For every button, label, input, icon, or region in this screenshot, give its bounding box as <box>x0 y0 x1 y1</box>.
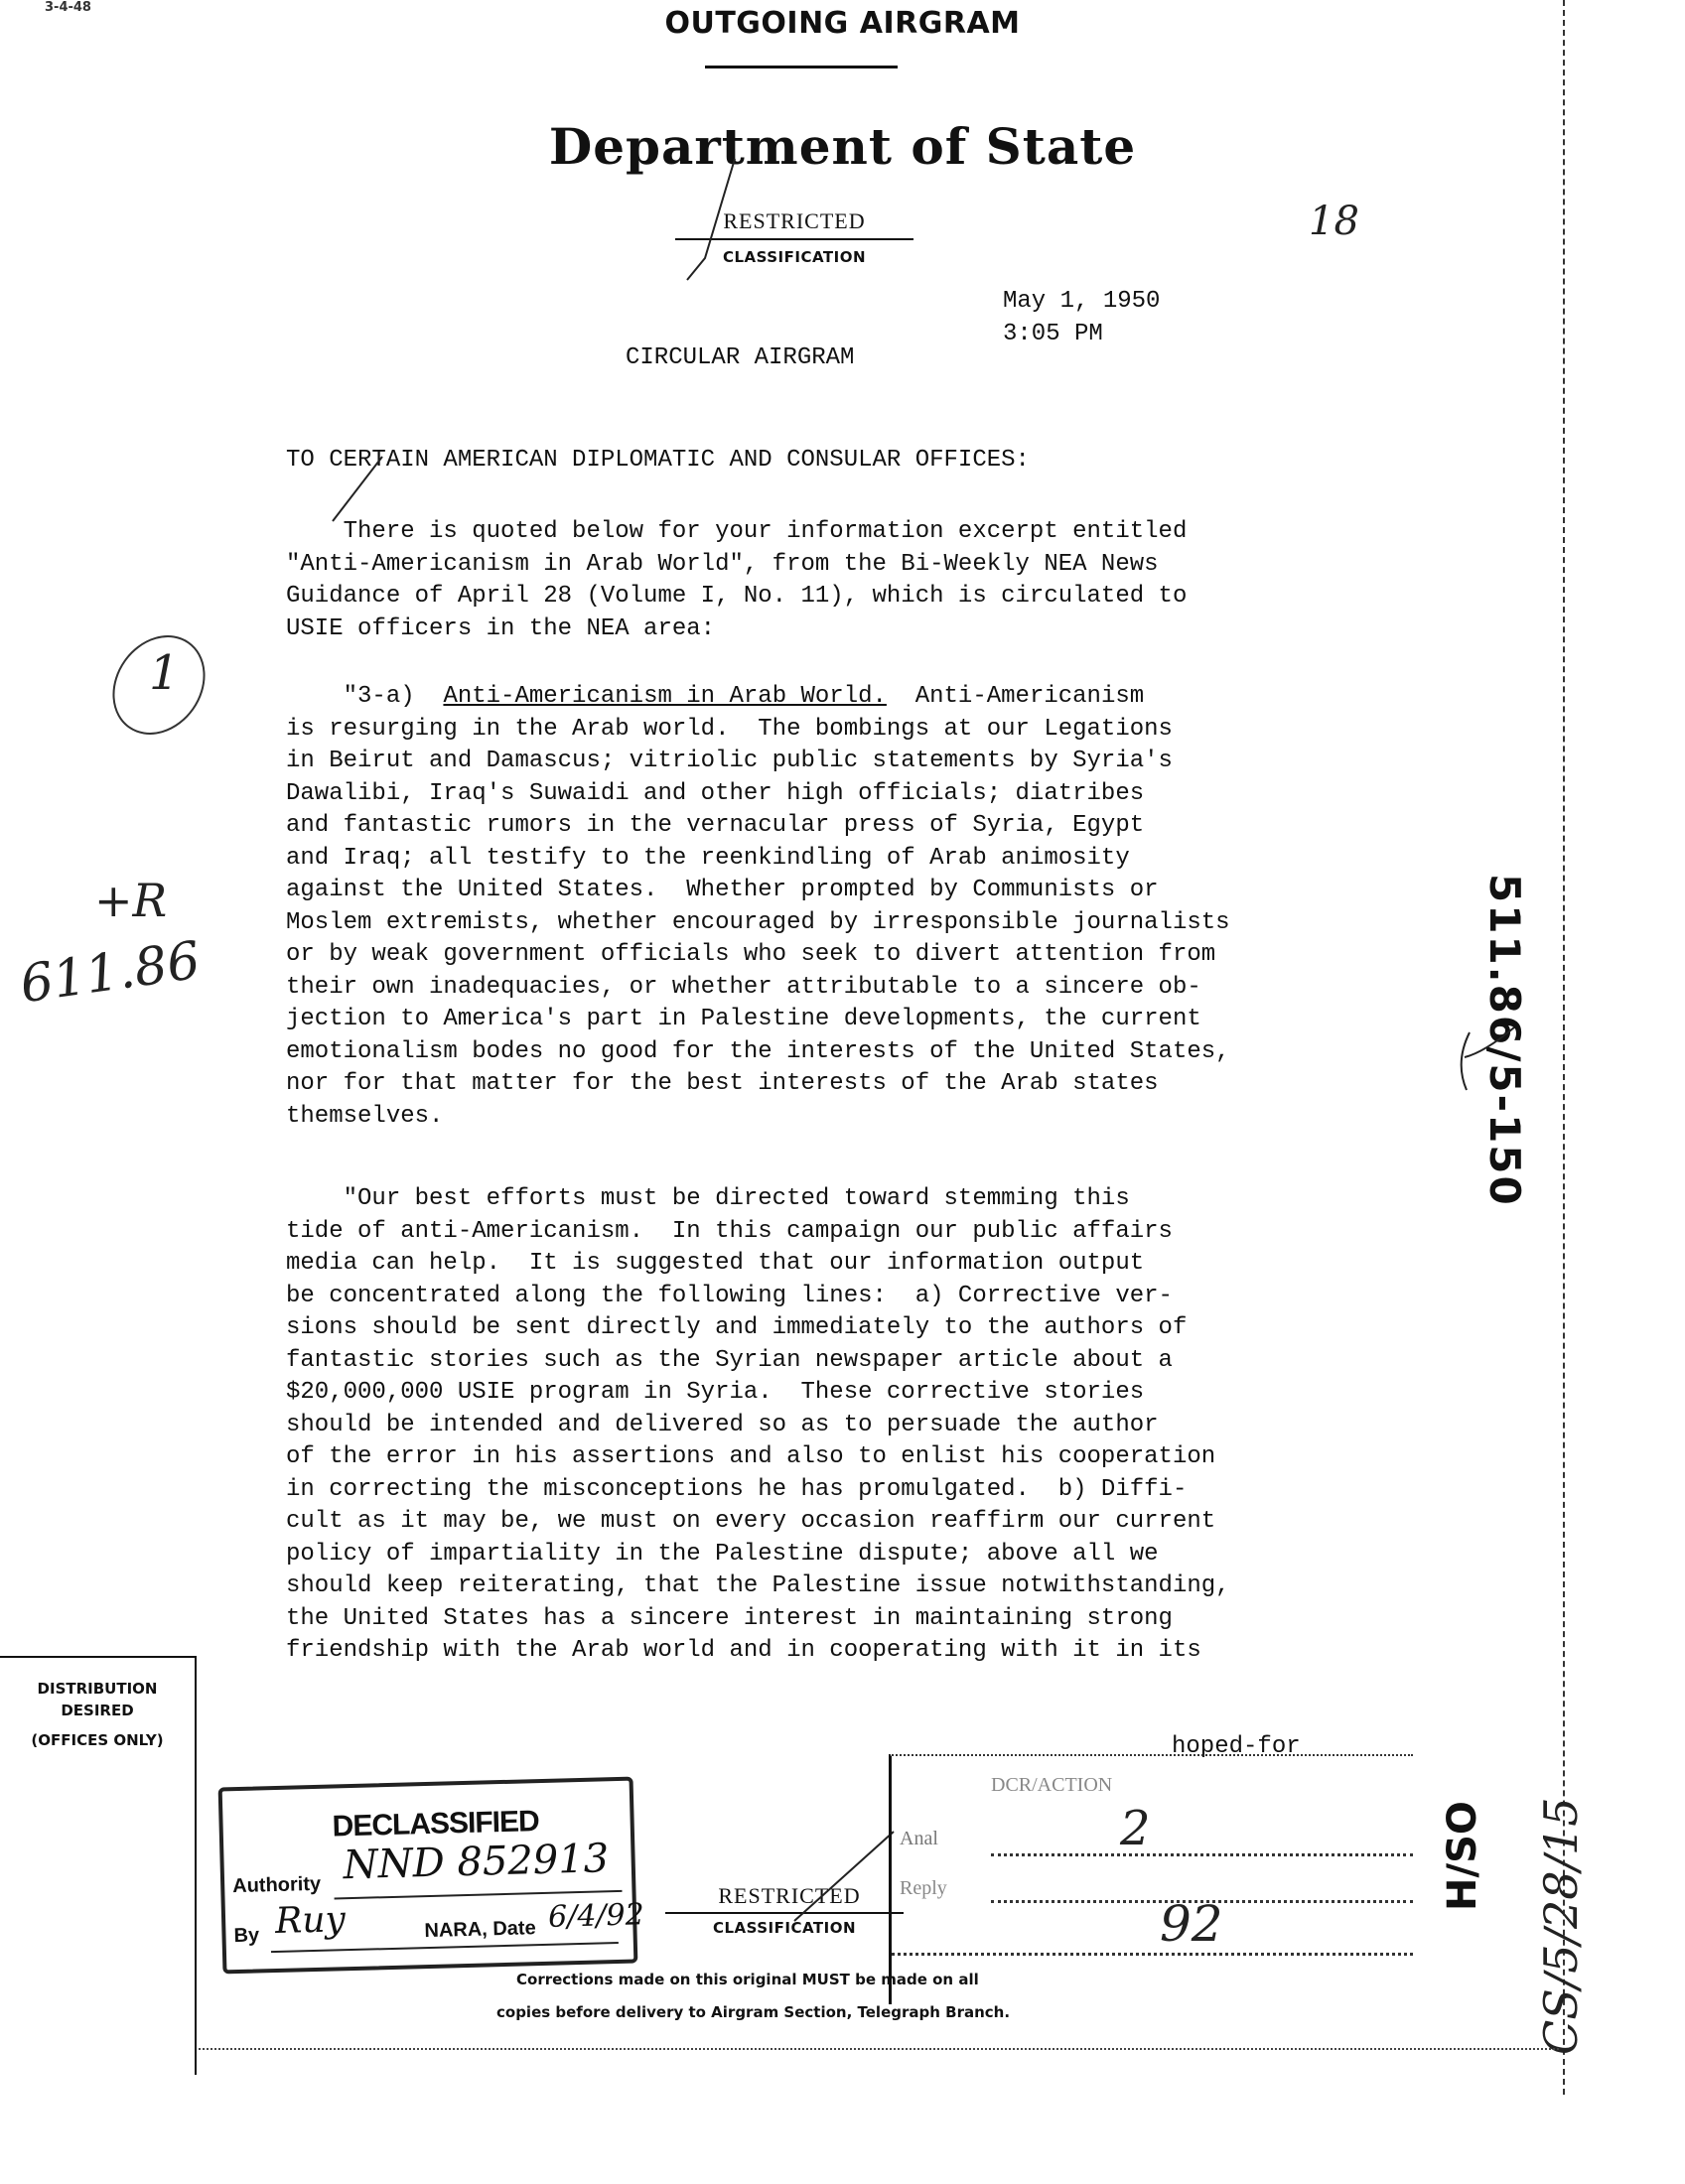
airgram-date: May 1, 1950 <box>1003 286 1160 319</box>
quote-line: tide of anti-Americanism. In this campai… <box>286 1216 1230 1249</box>
quote-line: and fantastic rumors in the vernacular p… <box>286 810 1230 843</box>
quote-line: $20,000,000 USIE program in Syria. These… <box>286 1377 1230 1410</box>
quote-line: friendship with the Arab world and in co… <box>286 1635 1230 1668</box>
distribution-label: DISTRIBUTION <box>0 1678 195 1700</box>
distribution-label: (OFFICES ONLY) <box>0 1729 195 1751</box>
document-title: OUTGOING AIRGRAM <box>0 6 1685 41</box>
intro-line: USIE officers in the NEA area: <box>286 614 1187 646</box>
routing-box: DCR/ACTION Anal 2 Reply 92 <box>889 1754 1413 2004</box>
quote-line: their own inadequacies, or whether attri… <box>286 972 1230 1005</box>
strike-mark-icon <box>774 1827 904 1926</box>
quote-line: in correcting the misconceptions he has … <box>286 1474 1230 1507</box>
circled-number: 1 <box>149 645 180 701</box>
intro-line: There is quoted below for your informati… <box>286 516 1187 549</box>
quote-line: fantastic stories such as the Syrian new… <box>286 1345 1230 1378</box>
stamp-authority-value: NND 852913 <box>343 1836 610 1888</box>
routing-dotted-line <box>892 1953 1413 1956</box>
routing-header: DCR/ACTION <box>991 1774 1112 1797</box>
declassified-stamp: DECLASSIFIED Authority NND 852913 By Ruy… <box>218 1777 638 1975</box>
quote-line: themselves. <box>286 1101 1230 1134</box>
corrections-notice-line1: Corrections made on this original MUST b… <box>516 1971 979 1988</box>
distribution-box: DISTRIBUTION DESIRED (OFFICES ONLY) <box>0 1656 197 2075</box>
intro-line: "Anti-Americanism in Arab World", from t… <box>286 549 1187 582</box>
intro-paragraph: There is quoted below for your informati… <box>286 516 1187 645</box>
stamp-by-label: By <box>233 1924 259 1948</box>
intro-line: Guidance of April 28 (Volume I, No. 11),… <box>286 581 1187 614</box>
quote-line: Dawalibi, Iraq's Suwaidi and other high … <box>286 778 1230 811</box>
section-heading: Anti-Americanism in Arab World. <box>443 683 886 710</box>
vertical-handwritten-date: CS/5/28/15 <box>1534 1797 1588 2055</box>
section-heading-rest: Anti-Americanism <box>887 683 1144 710</box>
routing-label: Reply <box>900 1877 947 1900</box>
handwritten-page-number: 18 <box>1309 199 1359 244</box>
quote-line: jection to America's part in Palestine d… <box>286 1004 1230 1036</box>
stamp-authority-label: Authority <box>232 1873 321 1898</box>
quote-line: should keep reiterating, that the Palest… <box>286 1570 1230 1603</box>
quote-line: policy of impartiality in the Palestine … <box>286 1539 1230 1571</box>
page-bottom-border <box>199 2048 1559 2050</box>
corrections-notice-line2: copies before delivery to Airgram Sectio… <box>496 2003 1010 2021</box>
routing-value: 2 <box>1120 1801 1151 1856</box>
airgram-type: CIRCULAR AIRGRAM <box>626 342 854 375</box>
quote-line: "Our best efforts must be directed towar… <box>286 1183 1230 1216</box>
distribution-label: DESIRED <box>0 1700 195 1721</box>
quote-line: media can help. It is suggested that our… <box>286 1248 1230 1281</box>
quote-line: is resurging in the Arab world. The bomb… <box>286 714 1230 747</box>
stamp-agency-label: NARA, Date <box>424 1917 536 1943</box>
strike-mark-icon <box>665 149 745 288</box>
addressee: TO CERTAIN AMERICAN DIPLOMATIC AND CONSU… <box>286 445 1030 478</box>
stamp-date-value: 6/4/92 <box>548 1897 644 1935</box>
quote-line: emotionalism bodes no good for the inter… <box>286 1036 1230 1069</box>
quote-line: Moslem extremists, whether encouraged by… <box>286 907 1230 940</box>
stamp-rule <box>271 1942 619 1953</box>
quote-line: against the United States. Whether promp… <box>286 875 1230 907</box>
quote-line: sions should be sent directly and immedi… <box>286 1312 1230 1345</box>
quote-line: nor for that matter for the best interes… <box>286 1068 1230 1101</box>
quote-line: cult as it may be, we must on every occa… <box>286 1506 1230 1539</box>
vertical-stamp-code: H/SO <box>1440 1801 1485 1911</box>
quote-section-2: "Our best efforts must be directed towar… <box>286 1183 1230 1668</box>
quote-line: of the error in his assertions and also … <box>286 1441 1230 1474</box>
margin-file-number: 611.86 <box>17 931 205 1016</box>
quote-line: and Iraq; all testify to the reenkindlin… <box>286 843 1230 876</box>
department-name: Department of State <box>0 117 1685 176</box>
routing-dotted-line <box>991 1853 1413 1856</box>
quote-line: or by weak government officials who seek… <box>286 939 1230 972</box>
quote-line: the United States has a sincere interest… <box>286 1603 1230 1636</box>
margin-file-prefix: +R <box>94 874 167 927</box>
quote-line: be concentrated along the following line… <box>286 1281 1230 1313</box>
page-edge <box>1563 0 1565 2095</box>
section-number: "3-a) <box>286 683 443 710</box>
airgram-time: 3:05 PM <box>1003 319 1103 351</box>
initials-mark-icon <box>1445 1013 1524 1102</box>
routing-value: 92 <box>1160 1895 1223 1953</box>
section-heading-line: "3-a) Anti-Americanism in Arab World. An… <box>286 681 1230 714</box>
quote-line: in Beirut and Damascus; vitriolic public… <box>286 746 1230 778</box>
routing-label: Anal <box>900 1828 938 1850</box>
quote-section-1: "3-a) Anti-Americanism in Arab World. An… <box>286 681 1230 1133</box>
stamp-by-value: Ruy <box>275 1899 347 1942</box>
title-rule <box>705 66 898 68</box>
quote-line: should be intended and delivered so as t… <box>286 1410 1230 1442</box>
